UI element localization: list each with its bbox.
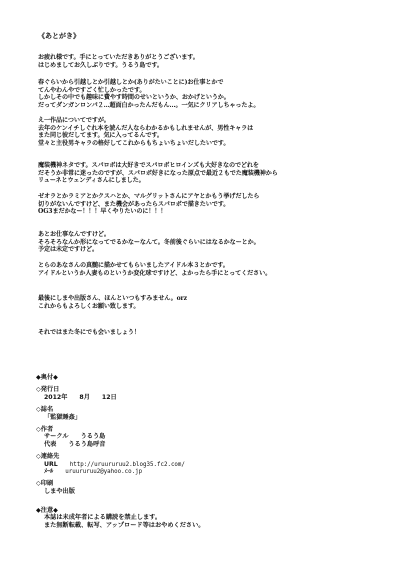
url-row: URLhttp://uruururuu2.blog35.fc2.com/ — [36, 461, 204, 468]
afterword-paragraph: あとお仕事なんですけど。そろそろなんか形になってでるかなーなんて。冬前後ぐらいに… — [38, 231, 260, 254]
paragraph-line: 魔装機神ネタです。スパロボは大好きでスパロボヒロインズも大好きなのでどれを — [38, 162, 278, 170]
afterword-page: 《あとがき》 お疲れ様です。手にとっていただきありがとうございます。はじめまして… — [0, 0, 400, 585]
paragraph-line: それではまた冬にでも会いましょう！ — [38, 329, 140, 337]
paragraph-line: 春ぐらいから引越しとか引越しとか(ありがたいことに)お仕事とかで — [38, 79, 259, 87]
afterword-paragraph: え一作品についてですが。去年のケンイチしぐれ本を読んだ人ならわかるかもしれません… — [38, 117, 253, 147]
paragraph-line: ゼオラとかラミアとかクスハとか、マルグリットさんにアヤとかもう挙げだしたら — [38, 193, 259, 201]
afterword-paragraph: とらのあなさんの真髄に描かせてもらいましたアイドル本３とかです。アイドルというか… — [38, 262, 271, 277]
paragraph-line: はじめましてお久しぶりです。うるう島です。 — [38, 62, 199, 70]
title-label: ◇誌名 — [36, 406, 204, 413]
issue-date-label: ◇発行日 — [36, 386, 204, 393]
paragraph-line: だってダンガンロンパ２…超面白かったんだもん…。一気にクリアしちゃったよ。 — [38, 102, 259, 110]
issue-date: 2012年8月12日 — [36, 394, 204, 401]
url-label: URL — [44, 461, 58, 468]
colophon-header: ◆奥付◆ — [36, 374, 204, 381]
paragraph-line: 予定は未定ですけど。 — [38, 246, 260, 254]
paragraph-line: OG3まだかなー！！！早くやりたいのに！！！ — [38, 208, 259, 216]
mail-value: uruururuu2@yahoo.co.jp — [65, 469, 142, 475]
circle-label: サークル — [44, 433, 69, 440]
paragraph-line: え一作品についてですが。 — [38, 117, 253, 125]
rep-row: 代表うるう島呼音 — [36, 441, 204, 448]
issue-day: 12日 — [102, 394, 117, 401]
paragraph-line: とらのあなさんの真髄に描かせてもらいましたアイドル本３とかです。 — [38, 262, 271, 270]
afterword-paragraph: お疲れ様です。手にとっていただきありがとうございます。はじめましてお久しぶりです… — [38, 54, 199, 69]
circle-value: うるう島 — [81, 433, 106, 440]
paragraph-line: 最後にしまや出版さん、ほんといつもすみません。orz — [38, 295, 187, 303]
paragraph-line: しかしその中でも趣味に費やす時間のせいというか、おかげというか。 — [38, 94, 259, 102]
colophon: ◆奥付◆ ◇発行日 2012年8月12日 ◇誌名 「監獄睡姦」 ◇作者 サークル… — [36, 374, 204, 529]
afterword-paragraph: 魔装機神ネタです。スパロボは大好きでスパロボヒロインズも大好きなのでどれをだそう… — [38, 162, 278, 185]
notice-line: また無断転載、転写、アップロード等はおやめください。 — [36, 522, 204, 529]
rep-label: 代表 — [44, 441, 56, 448]
paragraph-line: また同じ彼だしてます。気に入ってるんです。 — [38, 132, 253, 140]
afterword-paragraph: それではまた冬にでも会いましょう！ — [38, 329, 140, 337]
paragraph-line: 堂々と主役男キャラの格好してこれからもちょいちょいだしたいです。 — [38, 140, 253, 148]
rep-value: うるう島呼音 — [68, 441, 105, 448]
paragraph-line: お疲れ様です。手にとっていただきありがとうございます。 — [38, 54, 199, 62]
notice-line: 本誌は未成年者による購読を禁止します。 — [36, 514, 204, 521]
paragraph-line: あとお仕事なんですけど。 — [38, 231, 260, 239]
title-value: 「監獄睡姦」 — [36, 414, 204, 421]
print-label: ◇印刷 — [36, 480, 204, 487]
contact-label: ◇連絡先 — [36, 453, 204, 460]
afterword-paragraph: ゼオラとかラミアとかクスハとか、マルグリットさんにアヤとかもう挙げだしたら切りが… — [38, 193, 259, 216]
afterword-paragraph: 春ぐらいから引越しとか引越しとか(ありがたいことに)お仕事とかでてんやわんやです… — [38, 79, 259, 109]
paragraph-line: リューネとウェンディさんにしました。 — [38, 177, 278, 185]
afterword-paragraph: 最後にしまや出版さん、ほんといつもすみません。orzこれからもよろしくお願い致し… — [38, 295, 187, 310]
issue-month: 8月 — [79, 394, 90, 401]
print-value: しまや出版 — [36, 488, 204, 495]
paragraph-line: アイドルというか人妻ものというか変化球ですけど、よかったら手にとってください。 — [38, 270, 271, 278]
paragraph-line: これからもよろしくお願い致します。 — [38, 303, 187, 311]
issue-year: 2012年 — [44, 394, 67, 401]
mail-row: ﾒｰﾙuruururuu2@yahoo.co.jp — [36, 468, 204, 475]
mail-label: ﾒｰﾙ — [44, 468, 53, 475]
circle-row: サークルうるう島 — [36, 433, 204, 440]
afterword-title: 《あとがき》 — [38, 31, 80, 41]
url-value: http://uruururuu2.blog35.fc2.com/ — [70, 462, 185, 468]
